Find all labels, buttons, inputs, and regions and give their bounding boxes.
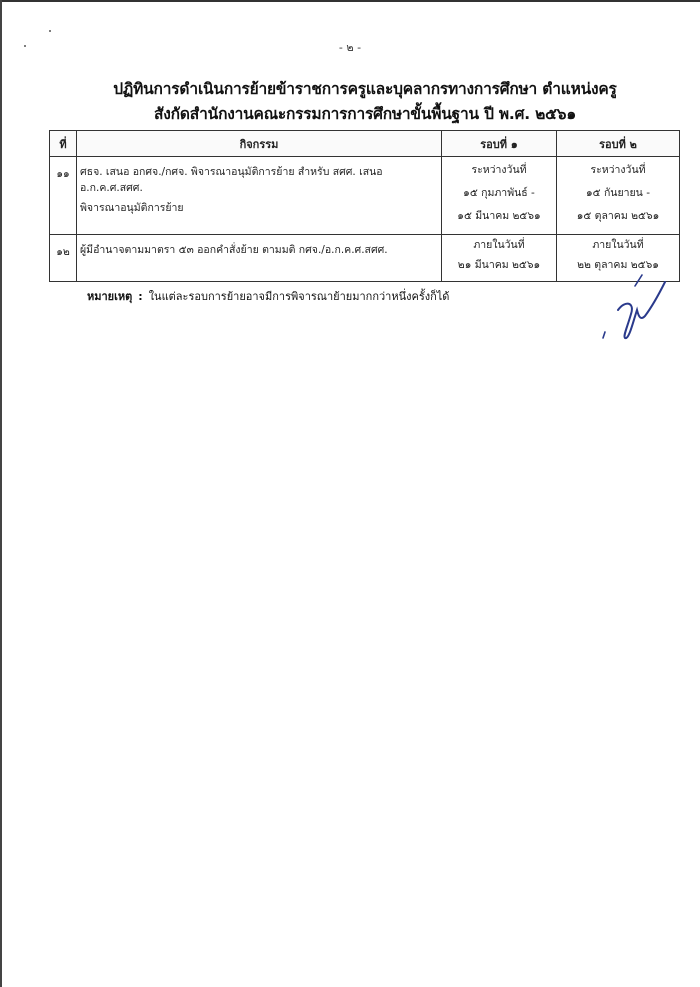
signature-icon bbox=[585, 270, 685, 350]
round2-date-text: ๑๕ กันยายน - bbox=[557, 182, 679, 205]
activity-cell: ศธจ. เสนอ อกศจ./กศจ. พิจารณาอนุมัติการย้… bbox=[77, 157, 442, 235]
round1-date-text: ระหว่างวันที่ bbox=[442, 159, 556, 182]
scan-speck bbox=[49, 30, 51, 32]
footnote: หมายเหตุ:ในแต่ละรอบการย้ายอาจมีการพิจารณ… bbox=[87, 287, 449, 305]
row-number: ๑๒ bbox=[50, 235, 77, 282]
round2-date-text: ๑๕ ตุลาคม ๒๕๖๑ bbox=[557, 205, 679, 228]
round1-date-text: ๑๕ มีนาคม ๒๕๖๑ bbox=[442, 205, 556, 228]
scan-edge-top bbox=[0, 0, 700, 2]
round1-cell: ภายในวันที่ ๒๑ มีนาคม ๒๕๖๑ bbox=[442, 235, 557, 282]
page-number: - ๒ - bbox=[0, 38, 700, 56]
activity-text: ศธจ. เสนอ อกศจ./กศจ. พิจารณาอนุมัติการย้… bbox=[80, 164, 441, 196]
round1-date-text: ภายในวันที่ bbox=[442, 235, 556, 255]
table-header-row: ที่ กิจกรรม รอบที่ ๑ รอบที่ ๒ bbox=[50, 131, 680, 157]
activity-cell: ผู้มีอำนาจตามมาตรา ๕๓ ออกคำสั่งย้าย ตามม… bbox=[77, 235, 442, 282]
activity-text: พิจารณาอนุมัติการย้าย bbox=[80, 196, 441, 220]
header-activity: กิจกรรม bbox=[77, 131, 442, 157]
activity-text: ผู้มีอำนาจตามมาตรา ๕๓ ออกคำสั่งย้าย ตามม… bbox=[80, 242, 441, 258]
footnote-label: หมายเหตุ bbox=[87, 290, 132, 303]
round2-date-text: ระหว่างวันที่ bbox=[557, 159, 679, 182]
table-row: ๑๑ ศธจ. เสนอ อกศจ./กศจ. พิจารณาอนุมัติกา… bbox=[50, 157, 680, 235]
scan-edge-left bbox=[0, 0, 2, 987]
document-title-line1: ปฏิทินการดำเนินการย้ายข้าราชการครูและบุค… bbox=[0, 76, 700, 101]
schedule-table: ที่ กิจกรรม รอบที่ ๑ รอบที่ ๒ ๑๑ ศธจ. เส… bbox=[49, 130, 680, 282]
footnote-separator: : bbox=[138, 290, 142, 303]
document-title-line2: สังกัดสำนักงานคณะกรรมการการศึกษาขั้นพื้น… bbox=[0, 101, 700, 126]
round2-date-text: ภายในวันที่ bbox=[557, 235, 679, 255]
round2-cell: ระหว่างวันที่ ๑๕ กันยายน - ๑๕ ตุลาคม ๒๕๖… bbox=[557, 157, 680, 235]
round1-date-text: ๑๕ กุมภาพันธ์ - bbox=[442, 182, 556, 205]
header-round2: รอบที่ ๒ bbox=[557, 131, 680, 157]
row-number: ๑๑ bbox=[50, 157, 77, 235]
footnote-text: ในแต่ละรอบการย้ายอาจมีการพิจารณาย้ายมากก… bbox=[149, 290, 450, 303]
round1-date-text: ๒๑ มีนาคม ๒๕๖๑ bbox=[442, 255, 556, 275]
round1-cell: ระหว่างวันที่ ๑๕ กุมภาพันธ์ - ๑๕ มีนาคม … bbox=[442, 157, 557, 235]
header-round1: รอบที่ ๑ bbox=[442, 131, 557, 157]
header-no: ที่ bbox=[50, 131, 77, 157]
